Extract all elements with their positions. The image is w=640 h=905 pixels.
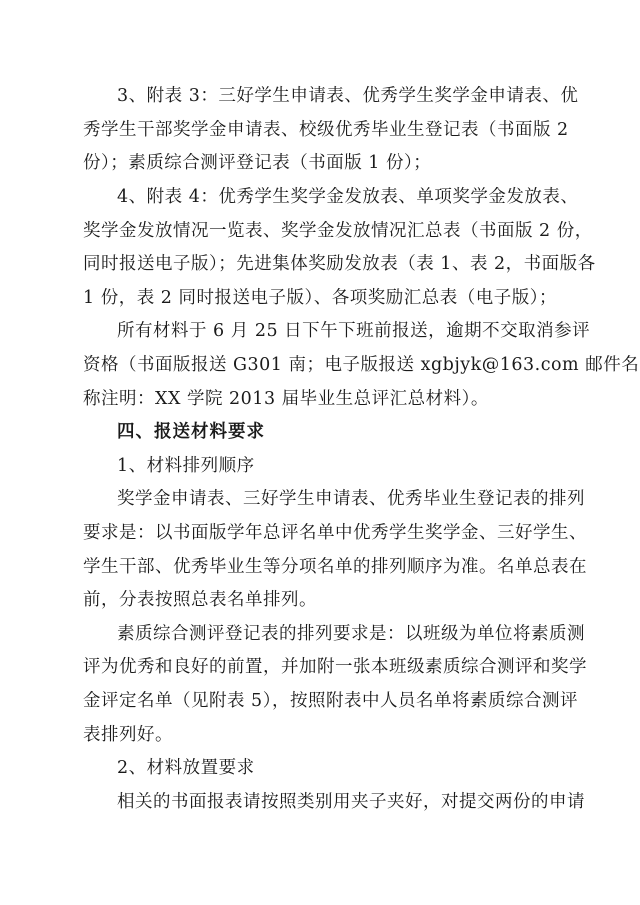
document-page: 3、附表 3：三好学生申请表、优秀学生奖学金申请表、优 秀学生干部奖学金申请表、… <box>0 0 640 905</box>
text-line: 所有材料于 6 月 25 日下午下班前报送，逾期不交取消参评 <box>117 314 557 348</box>
text-line: 相关的书面报表请按照类别用夹子夹好，对提交两份的申请 <box>117 785 557 819</box>
subsection-heading: 1、材料排列顺序 <box>117 449 557 483</box>
text-line: 称注明：XX 学院 2013 届毕业生总评汇总材料）。 <box>83 382 557 416</box>
text-line: 秀学生干部奖学金申请表、校级优秀毕业生登记表（书面版 2 <box>83 113 557 147</box>
subsection-heading: 2、材料放置要求 <box>117 751 557 785</box>
text-line: 3、附表 3：三好学生申请表、优秀学生奖学金申请表、优 <box>117 79 557 113</box>
section-heading: 四、报送材料要求 <box>117 415 557 449</box>
text-line: 前，分表按照总表名单排列。 <box>83 583 557 617</box>
text-line: 份）；素质综合测评登记表（书面版 1 份）； <box>83 146 557 180</box>
text-line: 要求是：以书面版学年总评名单中优秀学生奖学金、三好学生、 <box>83 516 557 550</box>
text-line: 奖学金发放情况一览表、奖学金发放情况汇总表（书面版 2 份， <box>83 214 557 248</box>
text-line: 奖学金申请表、三好学生申请表、优秀毕业生登记表的排列 <box>117 482 557 516</box>
text-line: 同时报送电子版）；先进集体奖励发放表（表 1、表 2，书面版各 <box>83 247 557 281</box>
text-line: 1 份，表 2 同时报送电子版）、各项奖励汇总表（电子版）； <box>83 281 557 315</box>
text-line: 学生干部、优秀毕业生等分项名单的排列顺序为准。名单总表在 <box>83 550 557 584</box>
text-line: 评为优秀和良好的前置，并加附一张本班级素质综合测评和奖学 <box>83 650 557 684</box>
text-line: 表排列好。 <box>83 718 557 752</box>
text-line: 素质综合测评登记表的排列要求是：以班级为单位将素质测 <box>117 617 557 651</box>
text-line: 资格（书面版报送 G301 南；电子版报送 xgbjyk@163.com 邮件名 <box>83 348 557 382</box>
text-line: 4、附表 4：优秀学生奖学金发放表、单项奖学金发放表、 <box>117 180 557 214</box>
text-line: 金评定名单（见附表 5），按照附表中人员名单将素质综合测评 <box>83 684 557 718</box>
